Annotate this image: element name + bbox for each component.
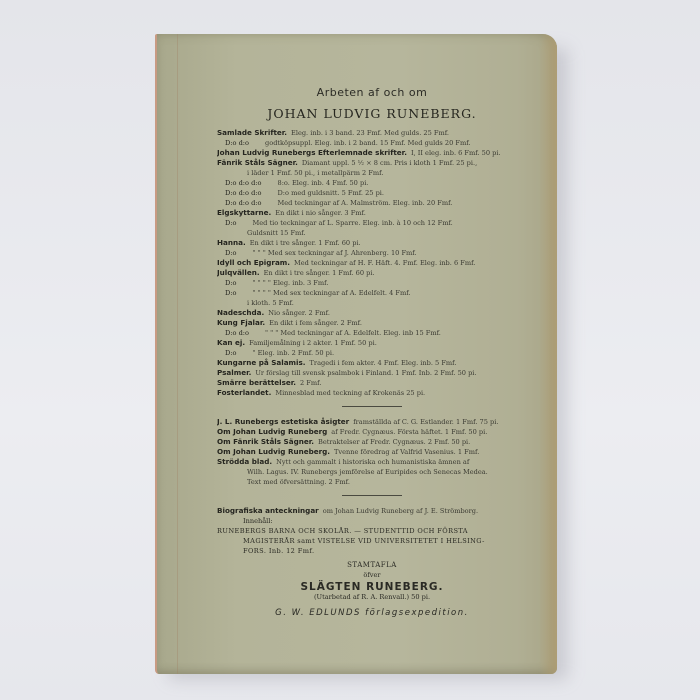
- list-item: D:o d:o d:oD:o med guldsnitt. 5 Fmf. 25 …: [217, 188, 527, 198]
- entry-description: Nytt och gammalt i historiska och humani…: [276, 458, 469, 466]
- entry-description: 2 Fmf.: [300, 379, 321, 387]
- studies-list: J. L. Runebergs estetiska åsigterframstä…: [217, 417, 527, 487]
- divider: [342, 406, 402, 407]
- entry-description: Betraktelser af Fredr. Cygnæus. 2 Fmf. 5…: [318, 438, 470, 446]
- list-item: Elgskyttarne.En dikt i nio sånger. 3 Fmf…: [217, 208, 527, 218]
- bio-contents-label: Innehåll:: [217, 516, 527, 526]
- entry-description: framställda af C. G. Estlander. 1 Fmf. 7…: [353, 418, 498, 426]
- list-item: Strödda blad.Nytt och gammalt i historis…: [217, 457, 527, 467]
- list-item: D:o" " " " Med sex teckningar af A. Edel…: [217, 288, 527, 298]
- entry-title: D:o d:o d:o: [225, 199, 262, 207]
- entry-title: Elgskyttarne.: [217, 208, 271, 217]
- entry-description: Ur förslag till svensk psalmbok i Finlan…: [255, 369, 476, 377]
- entry-title: D:o d:o d:o: [225, 179, 262, 187]
- page-edges: [539, 34, 557, 674]
- list-item: Guldsnitt 15 Fmf.: [217, 228, 527, 238]
- list-item: Fosterlandet.Minnesblad med teckning af …: [217, 388, 527, 398]
- entry-title: Strödda blad.: [217, 457, 272, 466]
- entry-description: Minnesblad med teckning af Krokenäs 25 p…: [275, 389, 425, 397]
- list-item: Wilh. Lagus. IV. Runebergs jemförelse af…: [217, 467, 527, 477]
- list-item: Text med öfversättning. 2 Fmf.: [217, 477, 527, 487]
- entry-title: D:o d:o: [225, 329, 249, 337]
- list-item: D:o d:o d:o8:o. Eleg. inb. 4 Fmf. 50 pi.: [217, 178, 527, 188]
- entry-title: Julqvällen.: [217, 268, 260, 277]
- entry-description: En dikt i tre sånger. 1 Fmf. 60 pi.: [264, 269, 375, 277]
- list-item: J. L. Runebergs estetiska åsigterframstä…: [217, 417, 527, 427]
- entry-title: Kung Fjalar.: [217, 318, 265, 327]
- entry-title: Samlade Skrifter.: [217, 128, 287, 137]
- entry-description: En dikt i fem sånger. 2 Fmf.: [269, 319, 362, 327]
- entry-description: " " " " Eleg. inb. 3 Fmf.: [252, 279, 328, 287]
- entry-title: Hanna.: [217, 238, 246, 247]
- entry-description: 8:o. Eleg. inb. 4 Fmf. 50 pi.: [278, 179, 369, 187]
- list-item: D:o d:o" " " Med teckningar af A. Edelfe…: [217, 328, 527, 338]
- list-item: Samlade Skrifter.Eleg. inb. i 3 band. 23…: [217, 128, 527, 138]
- entry-title: Smärre berättelser.: [217, 378, 296, 387]
- works-list: Samlade Skrifter.Eleg. inb. i 3 band. 23…: [217, 128, 527, 398]
- bio-desc: om Johan Ludvig Runeberg af J. E. Strömb…: [323, 507, 478, 515]
- book-back-cover: Arbeten af och om JOHAN LUDVIG RUNEBERG.…: [155, 34, 557, 674]
- entry-description: i läder 1 Fmf. 50 pi., i metallpärm 2 Fm…: [247, 169, 383, 177]
- list-item: D:o" " " " Eleg. inb. 3 Fmf.: [217, 278, 527, 288]
- entry-description: Wilh. Lagus. IV. Runebergs jemförelse af…: [247, 468, 488, 476]
- list-item: i läder 1 Fmf. 50 pi., i metallpärm 2 Fm…: [217, 168, 527, 178]
- entry-title: Om Johan Ludvig Runeberg.: [217, 447, 330, 456]
- heading-works: Arbeten af och om: [217, 86, 527, 100]
- list-item: Kan ej.Familjemålning i 2 akter. 1 Fmf. …: [217, 338, 527, 348]
- entry-title: D:o d:o d:o: [225, 189, 262, 197]
- list-item: Om Johan Ludvig Runebergaf Fredr. Cygnæu…: [217, 427, 527, 437]
- list-item: Nadeschda.Nio sånger. 2 Fmf.: [217, 308, 527, 318]
- entry-description: Guldsnitt 15 Fmf.: [247, 229, 306, 237]
- family-tree-title: SLÄGTEN RUNEBERG.: [217, 582, 527, 592]
- list-item: i kloth. 5 Fmf.: [217, 298, 527, 308]
- entry-description: Text med öfversättning. 2 Fmf.: [247, 478, 350, 486]
- entry-title: Psalmer.: [217, 368, 251, 377]
- family-tree-author: (Utarbetad af R. A. Renvall.) 50 pi.: [217, 592, 527, 602]
- entry-title: Idyll och Epigram.: [217, 258, 290, 267]
- entry-description: godtköpsuppl. Eleg. inb. i 2 band. 15 Fm…: [265, 139, 471, 147]
- entry-description: Diamant uppl. 5 ½ × 8 cm. Pris i kloth 1…: [302, 159, 477, 167]
- entry-description: " Eleg. inb. 2 Fmf. 50 pi.: [252, 349, 334, 357]
- entry-title: Kungarne på Salamis.: [217, 358, 306, 367]
- bio-title: Biografiska anteckningar: [217, 506, 319, 515]
- entry-description: Tvenne föredrag af Valfrid Vasenius. 1 F…: [334, 448, 479, 456]
- ofver-label: öfver: [217, 570, 527, 580]
- entry-title: D:o: [225, 249, 236, 257]
- entry-title: Nadeschda.: [217, 308, 264, 317]
- entry-description: af Fredr. Cygnæus. Första häftet. 1 Fmf.…: [331, 428, 487, 436]
- list-item: Julqvällen.En dikt i tre sånger. 1 Fmf. …: [217, 268, 527, 278]
- entry-description: " " " " Med sex teckningar af A. Edelfel…: [252, 289, 410, 297]
- bio-contents-line: MAGISTERÅR samt VISTELSE VID UNIVERSITET…: [217, 536, 527, 546]
- stamtafla-label: STAMTAFLA: [217, 560, 527, 570]
- list-item: D:o d:o d:oMed teckningar af A. Malmströ…: [217, 198, 527, 208]
- entry-description: En dikt i nio sånger. 3 Fmf.: [275, 209, 366, 217]
- list-item: Smärre berättelser.2 Fmf.: [217, 378, 527, 388]
- entry-description: I, II eleg. inb. 6 Fmf. 50 pi.: [411, 149, 501, 157]
- list-item: Psalmer.Ur förslag till svensk psalmbok …: [217, 368, 527, 378]
- entry-description: Familjemålning i 2 akter. 1 Fmf. 50 pi.: [249, 339, 377, 347]
- entry-description: Eleg. inb. i 3 band. 23 Fmf. Med gulds. …: [291, 129, 449, 137]
- entry-title: D:o: [225, 279, 236, 287]
- list-item: Kungarne på Salamis.Tragedi i fem akter.…: [217, 358, 527, 368]
- bio-contents-line: RUNEBERGS BARNA OCH SKOLÅR. — STUDENTTID…: [217, 526, 527, 536]
- list-item: Johan Ludvig Runebergs Efterlemnade skri…: [217, 148, 527, 158]
- bio-contents-line: FORS. Inb. 12 Fmf.: [217, 546, 527, 556]
- divider: [342, 495, 402, 496]
- publisher-name: G. W. EDLUNDS förlagsexpedition.: [217, 608, 527, 618]
- entry-title: Om Fänrik Ståls Sägner.: [217, 437, 314, 446]
- list-item: Hanna.En dikt i tre sånger. 1 Fmf. 60 pi…: [217, 238, 527, 248]
- entry-title: Fosterlandet.: [217, 388, 271, 397]
- entry-title: Fänrik Ståls Sägner.: [217, 158, 298, 167]
- list-item: Kung Fjalar.En dikt i fem sånger. 2 Fmf.: [217, 318, 527, 328]
- entry-title: Kan ej.: [217, 338, 245, 347]
- entry-title: D:o d:o: [225, 139, 249, 147]
- cover-text: Arbeten af och om JOHAN LUDVIG RUNEBERG.…: [217, 86, 527, 618]
- entry-description: Med tio teckningar af L. Sparre. Eleg. i…: [252, 219, 452, 227]
- list-item: Idyll och Epigram.Med teckningar af H. F…: [217, 258, 527, 268]
- entry-title: Johan Ludvig Runebergs Efterlemnade skri…: [217, 148, 407, 157]
- entry-description: " " " Med sex teckningar af J. Ahrenberg…: [252, 249, 416, 257]
- entry-description: " " " Med teckningar af A. Edelfelt. Ele…: [265, 329, 441, 337]
- list-item: D:o" " " Med sex teckningar af J. Ahrenb…: [217, 248, 527, 258]
- entry-description: D:o med guldsnitt. 5 Fmf. 25 pi.: [278, 189, 385, 197]
- list-item: Fänrik Ståls Sägner.Diamant uppl. 5 ½ × …: [217, 158, 527, 168]
- heading-author: JOHAN LUDVIG RUNEBERG.: [217, 106, 527, 122]
- entry-description: Med teckningar af H. F. Häft. 4. Fmf. El…: [294, 259, 475, 267]
- entry-title: D:o: [225, 289, 236, 297]
- entry-title: Om Johan Ludvig Runeberg: [217, 427, 327, 436]
- entry-description: En dikt i tre sånger. 1 Fmf. 60 pi.: [250, 239, 361, 247]
- entry-title: J. L. Runebergs estetiska åsigter: [217, 417, 349, 426]
- entry-description: i kloth. 5 Fmf.: [247, 299, 294, 307]
- list-item: D:o" Eleg. inb. 2 Fmf. 50 pi.: [217, 348, 527, 358]
- list-item: Om Johan Ludvig Runeberg.Tvenne föredrag…: [217, 447, 527, 457]
- list-item: D:oMed tio teckningar af L. Sparre. Eleg…: [217, 218, 527, 228]
- biography-entry: Biografiska anteckningarom Johan Ludvig …: [217, 506, 527, 556]
- list-item: Om Fänrik Ståls Sägner.Betraktelser af F…: [217, 437, 527, 447]
- list-item: D:o d:ogodtköpsuppl. Eleg. inb. i 2 band…: [217, 138, 527, 148]
- entry-description: Tragedi i fem akter. 4 Fmf. Eleg. inb. 5…: [310, 359, 457, 367]
- entry-title: D:o: [225, 349, 236, 357]
- entry-description: Nio sånger. 2 Fmf.: [268, 309, 330, 317]
- entry-description: Med teckningar af A. Malmström. Eleg. in…: [278, 199, 453, 207]
- entry-title: D:o: [225, 219, 236, 227]
